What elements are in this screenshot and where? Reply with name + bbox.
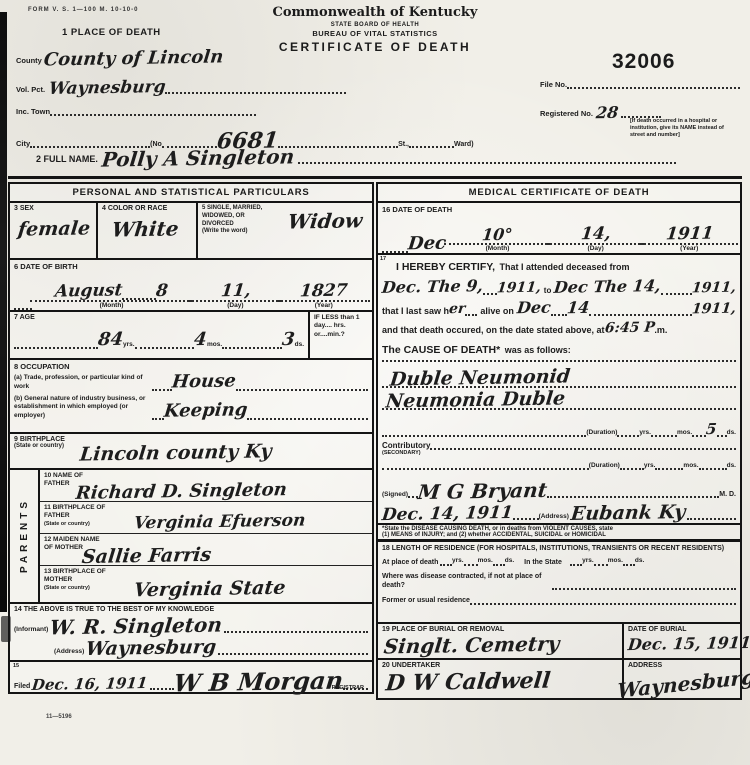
mother-birthplace-row: 13 BIRTHPLACE OF MOTHER (State or countr… <box>40 566 372 602</box>
vol-pct-value: Waynesburg <box>48 79 166 98</box>
footnote-block: *State the DISEASE CAUSING DEATH, or in … <box>378 525 740 539</box>
undertaker-cell: 20 UNDERTAKER D W Caldwell <box>378 660 624 698</box>
county-line: County County of Lincoln <box>16 50 346 65</box>
physician-signature: M G Bryant <box>417 480 548 502</box>
cause-ds-label: ds. <box>727 429 736 437</box>
dod-day: 14, <box>580 226 611 244</box>
occupation-label: 8 OCCUPATION <box>14 362 368 371</box>
state-board-line: STATE BOARD OF HEALTH <box>225 22 525 28</box>
place-of-death-label: 1 PLACE OF DEATH <box>62 27 161 38</box>
attended-to-year: 1911, <box>691 281 736 296</box>
burial-date-value: Dec. 15, 1911 <box>627 635 750 653</box>
contributory-duration-label: (Duration) <box>589 462 620 470</box>
seen-day: 14 <box>566 300 590 316</box>
death-occurred-text: and that death occured, on the date stat… <box>382 325 605 335</box>
md-label: M. D. <box>719 491 736 498</box>
race-label: 4 COLOR OR RACE <box>102 205 192 212</box>
father-name-row: 10 NAME OF FATHER Richard D. Singleton <box>40 470 372 502</box>
mother-birthplace-label: 13 BIRTHPLACE OF MOTHER <box>44 568 114 585</box>
residence-mos-2: mos. <box>608 557 623 565</box>
residence-label: 18 LENGTH OF RESIDENCE (FOR HOSPITALS, I… <box>382 544 736 553</box>
age-row: 7 AGE 84 yrs. 4 mos. 3 ds. IF LESS than … <box>10 312 372 360</box>
contributory-mos-label: mos. <box>683 462 698 470</box>
attended-from: Dec. The 9, <box>381 278 484 296</box>
personal-section-title: PERSONAL AND STATISTICAL PARTICULARS <box>10 184 372 203</box>
full-name-line: 2 FULL NAME. Polly A Singleton <box>36 148 676 164</box>
city-line: City (No 6681 St., Ward) <box>16 130 616 148</box>
mother-maiden-row: 12 MAIDEN NAME OF MOTHER Sallie Farris <box>40 534 372 566</box>
seen-year: 1911, <box>691 302 736 317</box>
full-name-label: 2 FULL NAME. <box>36 154 98 164</box>
file-no-label: File No. <box>540 80 567 89</box>
cause-lead: The CAUSE OF DEATH* <box>382 344 500 356</box>
dob-row: 6 DATE OF BIRTH August 8 (Month) 11, (Da… <box>10 260 372 312</box>
occupation-a-value: House <box>171 372 237 391</box>
parents-block: PARENTS 10 NAME OF FATHER Richard D. Sin… <box>10 470 372 604</box>
last-saw-her: er <box>448 302 466 316</box>
residence-yrs-2: yrs. <box>582 557 594 565</box>
cause-line-1: Duble Neumonid <box>389 367 571 389</box>
residence-block: 18 LENGTH OF RESIDENCE (FOR HOSPITALS, I… <box>378 542 740 622</box>
filed-label: Filed <box>14 683 30 690</box>
age-ds-label: ds. <box>295 341 304 349</box>
informant-address-value: Waynesburg <box>85 638 217 659</box>
form-number: FORM V. S. 1—100 M. 10-10-0 <box>28 7 138 13</box>
birthplace-value: Lincoln county Ky <box>79 442 273 464</box>
burial-row: 19 PLACE OF BURIAL OR REMOVAL Singlt. Ce… <box>378 624 740 660</box>
hospital-note: [If death occurred in a hospital or inst… <box>630 118 740 139</box>
parents-label: PARENTS <box>19 498 30 573</box>
contributory-yrs-label: yrs. <box>644 462 656 470</box>
filed-row: 15 Filed Dec. 16, 1911 W B Morgan REGIST… <box>10 662 372 692</box>
bureau-line: BUREAU OF VITAL STATISTICS <box>225 29 525 38</box>
signed-date: Dec. 14, 1911 <box>381 505 514 524</box>
certify-block: 17 I HEREBY CERTIFY, That I attended dec… <box>378 255 740 347</box>
father-birthplace-value: Verginia Efuerson <box>133 513 306 533</box>
county-label: County <box>16 56 42 65</box>
file-no-value: 32006 <box>612 50 675 74</box>
seen-month: Dec <box>516 300 552 317</box>
filed-date: Dec. 16, 1911 <box>31 676 148 693</box>
mother-birthplace-value: Verginia State <box>133 579 287 601</box>
commonwealth-title: Commonwealth of Kentucky <box>225 5 525 20</box>
mother-maiden-value: Sallie Farris <box>81 546 212 567</box>
contributory-label: Contributory <box>382 441 430 450</box>
informant-value: W. R. Singleton <box>49 615 223 638</box>
burial-place-cell: 19 PLACE OF BURIAL OR REMOVAL Singlt. Ce… <box>378 624 624 658</box>
filed-num: 15 <box>13 663 19 669</box>
age-years: 84 <box>97 331 124 349</box>
birthplace-row: 9 BIRTHPLACE (State or country) Lincoln … <box>10 434 372 470</box>
occupation-row: 8 OCCUPATION (a) Trade, profession, or p… <box>10 360 372 434</box>
personal-column: PERSONAL AND STATISTICAL PARTICULARS 3 S… <box>8 182 374 694</box>
occupation-a-label: (a) Trade, profession, or particular kin… <box>14 374 152 391</box>
father-birthplace-label: 11 BIRTHPLACE OF FATHER <box>44 504 114 521</box>
sex-value: female <box>17 219 91 239</box>
age-main-cell: 7 AGE 84 yrs. 4 mos. 3 ds. <box>10 312 308 358</box>
race-value: White <box>111 218 180 239</box>
cause-line-2: Neumonia Duble <box>385 389 566 411</box>
registered-no-value: 28 <box>595 105 619 121</box>
contributory-hint: (SECONDARY) <box>382 450 736 456</box>
attest-label: 14 THE ABOVE IS TRUE TO THE BEST OF MY K… <box>14 606 368 613</box>
medical-column: MEDICAL CERTIFICATE OF DEATH 16 DATE OF … <box>376 182 742 700</box>
header-divider <box>8 176 742 179</box>
physician-address-value: Eubank Ky <box>570 503 686 524</box>
registered-no-label: Registered No. <box>540 109 593 118</box>
ward-label: Ward) <box>454 141 474 148</box>
residence-mos-1: mos. <box>478 557 493 565</box>
inc-town-label: Inc. Town <box>16 107 50 116</box>
contributory-ds-label: ds. <box>727 462 736 470</box>
cause-duration-days: 5 <box>705 422 717 437</box>
certify-lead: I HEREBY CERTIFY, <box>396 261 495 273</box>
undertaker-address-cell: ADDRESS Waynesburg ky <box>624 660 740 698</box>
plate-number: 11—5196 <box>46 714 72 720</box>
residence-yrs-1: yrs. <box>452 557 464 565</box>
medical-section-title: MEDICAL CERTIFICATE OF DEATH <box>378 184 740 203</box>
occupation-b-value: Keeping <box>163 402 248 421</box>
dob-day-caption: (Day) <box>227 302 243 310</box>
undertaker-value: D W Caldwell <box>385 670 552 695</box>
residence-ds-2: ds. <box>635 557 644 565</box>
death-certificate: FORM V. S. 1—100 M. 10-10-0 Commonwealth… <box>0 0 750 765</box>
cause-block: Duble Neumonid Neumonia Duble (Duration)… <box>378 347 740 439</box>
death-time: 6:45 P <box>604 321 655 336</box>
father-name-value: Richard D. Singleton <box>75 481 288 503</box>
vol-pct-line: Vol. Pct. Waynesburg <box>16 80 346 94</box>
dod-row: 16 DATE OF DEATH Dec 10° (Month) 14, (Da… <box>378 203 740 255</box>
inc-town-line: Inc. Town <box>16 107 256 116</box>
residence-former-label: Former or usual residence <box>382 596 470 605</box>
dob-label: 6 DATE OF BIRTH <box>14 262 368 271</box>
cause-mos-label: mos. <box>677 429 692 437</box>
vol-pct-label: Vol. Pct. <box>16 85 45 94</box>
burial-date-label: DATE OF BURIAL <box>628 626 736 633</box>
signed-block: (Signed) M G Bryant M. D. Dec. 14, 1911 … <box>378 479 740 523</box>
dod-month-caption: (Month) <box>486 245 510 253</box>
informant-label: (Informant) <box>14 626 48 633</box>
physician-address-label: (Address) <box>539 513 569 520</box>
attended-to: Dec The 14, <box>553 278 661 296</box>
cause-duration-label: (Duration) <box>586 429 617 437</box>
undertaker-row: 20 UNDERTAKER D W Caldwell ADDRESS Wayne… <box>378 660 740 698</box>
dod-day-caption: (Day) <box>588 245 604 253</box>
dob-month-num: 8 <box>155 283 169 300</box>
residence-at-place-label: At place of death <box>382 559 440 566</box>
dob-year: 1827 <box>299 283 348 301</box>
last-saw-pre: that I last saw h <box>382 306 449 316</box>
dod-month: Dec <box>407 235 447 254</box>
age-less-than-note: IF LESS than 1 day.... hrs. or....min.? <box>308 312 372 358</box>
dod-label: 16 DATE OF DEATH <box>382 205 736 214</box>
age-months: 4 <box>193 331 207 349</box>
city-label: City <box>16 139 30 148</box>
contributory-block: Contributory (SECONDARY) (Duration) yrs.… <box>378 439 740 479</box>
burial-place-value: Singlt. Cemetry <box>383 633 561 656</box>
attended-from-year: 1911, <box>496 281 541 296</box>
registrar-signature: W B Morgan <box>172 669 344 696</box>
registered-no-line: Registered No. 28 <box>540 105 740 118</box>
occupation-b-label: (b) General nature of industry business,… <box>14 395 152 420</box>
attest-row: 14 THE ABOVE IS TRUE TO THE BEST OF MY K… <box>10 604 372 662</box>
alive-on-label: alive on <box>480 306 514 316</box>
footnote-line-2: (1) MEANS of INJURY; and (2) whether ACC… <box>382 532 736 538</box>
dob-month-caption: (Month) <box>100 302 124 310</box>
death-occurred-end: .m. <box>654 325 667 335</box>
age-label: 7 AGE <box>14 314 304 321</box>
certify-lead-rest: That I attended deceased from <box>499 262 629 272</box>
full-name-value: Polly A Singleton <box>101 146 296 169</box>
marital-value: Widow <box>287 210 364 231</box>
sex-cell: 3 SEX female <box>10 203 98 258</box>
dod-month-num: 10° <box>481 227 513 244</box>
age-days: 3 <box>281 331 295 349</box>
age-mos-label: mos. <box>207 341 222 349</box>
county-value: County of Lincoln <box>43 48 224 69</box>
burial-date-cell: DATE OF BURIAL Dec. 15, 1911 <box>624 624 740 658</box>
certify-num: 17 <box>380 256 386 262</box>
st-label: St., <box>398 141 409 148</box>
sex-race-marital-row: 3 SEX female 4 COLOR OR RACE White 5 SIN… <box>10 203 372 260</box>
marital-label: 5 SINGLE, MARRIED, WIDOWED, OR DIVORCED <box>202 205 264 228</box>
dob-month: August <box>54 282 123 300</box>
registrar-label: REGISTRAR <box>332 685 364 691</box>
dod-year-caption: (Year) <box>680 245 698 253</box>
dob-day: 11, <box>220 283 251 301</box>
marital-cell: 5 SINGLE, MARRIED, WIDOWED, OR DIVORCED … <box>198 203 372 258</box>
residence-contracted-label: Where was disease contracted, if not at … <box>382 572 552 590</box>
informant-address-label: (Address) <box>54 648 84 655</box>
dob-year-caption: (Year) <box>315 302 333 310</box>
race-cell: 4 COLOR OR RACE White <box>98 203 198 258</box>
parents-sidebar: PARENTS <box>10 470 40 602</box>
to-label: to <box>544 286 552 295</box>
scan-edge-artifact <box>0 12 7 612</box>
sex-label: 3 SEX <box>14 205 92 212</box>
cause-lead-rest: was as follows: <box>505 345 571 355</box>
dod-year: 1911 <box>665 226 714 244</box>
file-no-line: File No. <box>540 80 740 89</box>
residence-in-state-label: In the State <box>524 559 570 566</box>
father-birthplace-row: 11 BIRTHPLACE OF FATHER (State or countr… <box>40 502 372 534</box>
signed-label: (Signed) <box>382 491 408 498</box>
residence-ds-1: ds. <box>505 557 514 565</box>
cause-yrs-label: yrs. <box>639 429 651 437</box>
age-yrs-label: yrs. <box>123 341 135 349</box>
header-center: Commonwealth of Kentucky STATE BOARD OF … <box>225 5 525 54</box>
